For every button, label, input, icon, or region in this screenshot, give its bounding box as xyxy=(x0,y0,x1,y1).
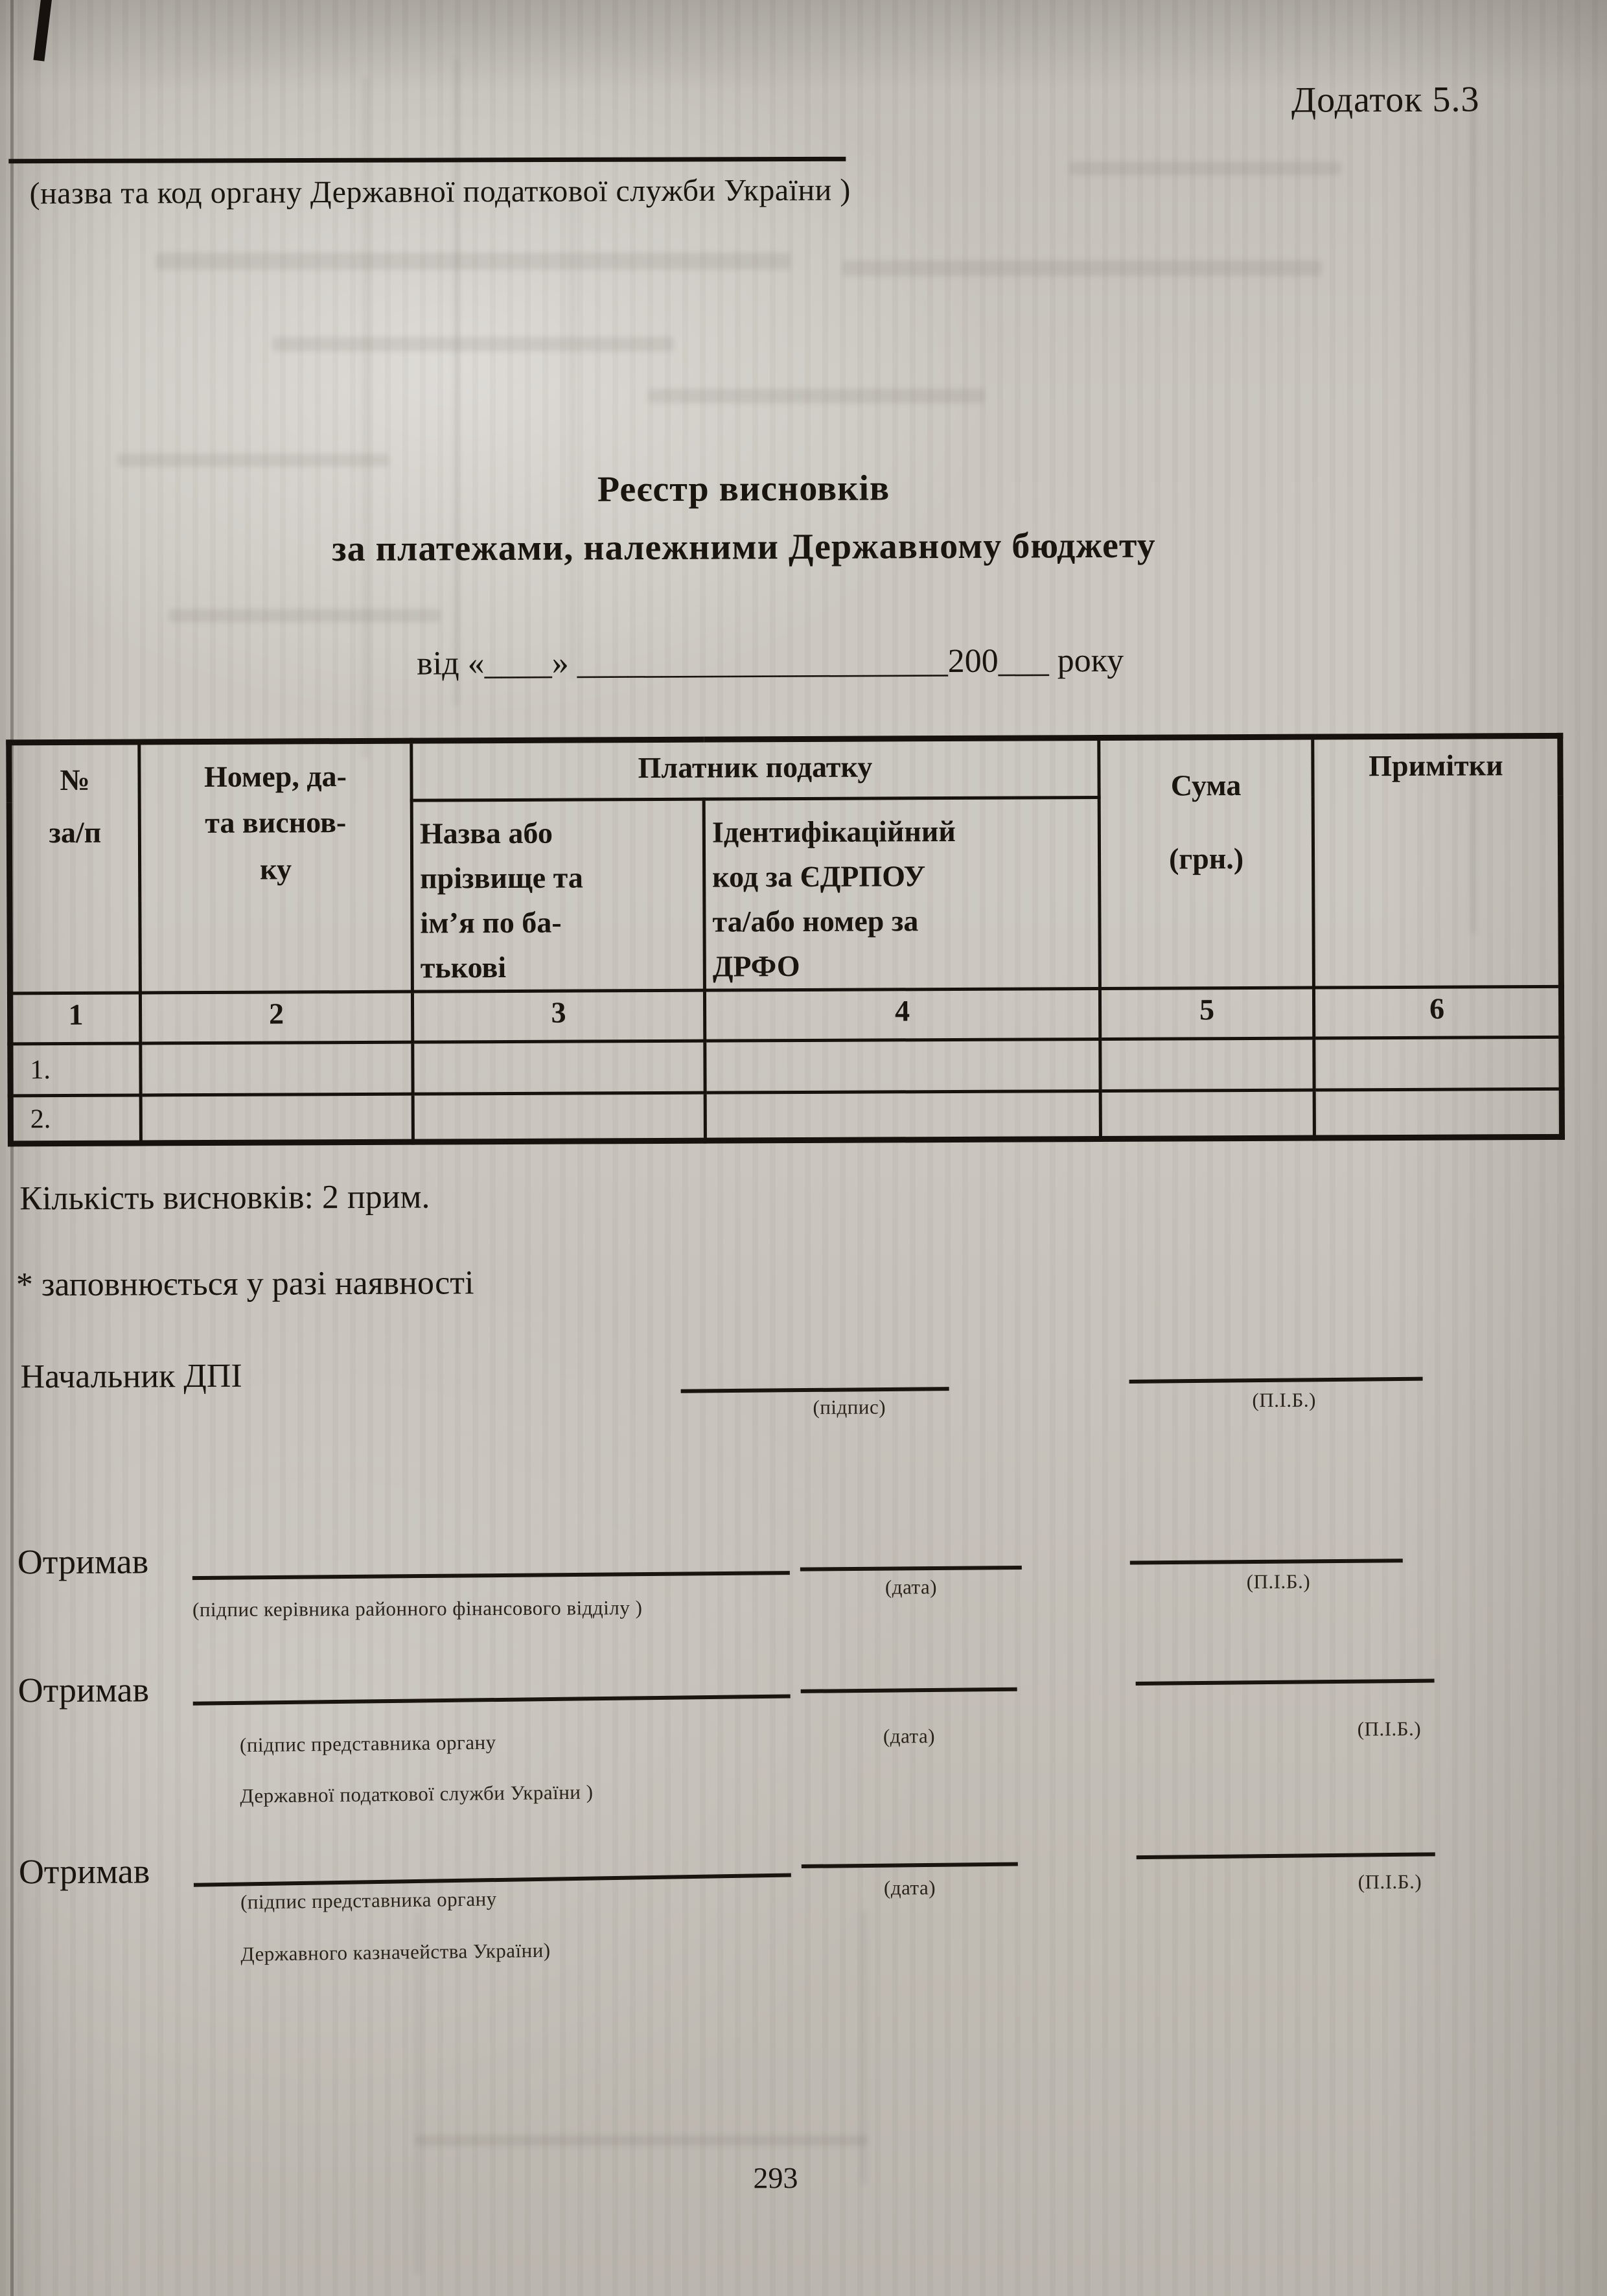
received-date-line-1 xyxy=(800,1566,1022,1571)
table-row: 1. xyxy=(10,1037,1562,1095)
empty-cell xyxy=(705,1091,1100,1141)
received-signature-caption-2a: (підпис представника органу xyxy=(240,1731,496,1757)
empty-cell xyxy=(1314,1089,1562,1138)
org-caption: (назва та код органу Державної податково… xyxy=(29,171,1040,211)
col-index-5: 5 xyxy=(1100,988,1313,1039)
received-date-caption-3: (дата) xyxy=(802,1876,1018,1900)
col-number-date-header: Номер, да- та виснов- ку xyxy=(139,741,413,993)
row-label: 2. xyxy=(10,1095,141,1144)
received-signature-line-3 xyxy=(194,1873,791,1886)
received-signature-caption-1: (підпис керівника районного фінансового … xyxy=(192,1596,642,1621)
document-title-line2: за платежами, належними Державному бюдже… xyxy=(0,523,1547,572)
empty-cell xyxy=(413,1041,705,1094)
col-index-6: 6 xyxy=(1313,986,1561,1038)
scanned-document-page: Додаток 5.3 (назва та код органу Державн… xyxy=(0,0,1607,2296)
org-name-blank-line xyxy=(8,157,846,163)
register-table: № за/п Номер, да- та виснов- ку Платник … xyxy=(6,733,1565,1146)
document-title-line1: Реєстр висновків xyxy=(0,465,1547,513)
col-notes-header: Примітки xyxy=(1313,736,1562,988)
received-signature-line-1 xyxy=(192,1571,790,1580)
received-date-caption-2: (дата) xyxy=(801,1724,1017,1748)
col-npp-header: № за/п xyxy=(9,742,141,993)
table-row: 2. xyxy=(10,1089,1562,1143)
document-title: Реєстр висновків за платежами, належними… xyxy=(0,465,1547,572)
chief-signature-line xyxy=(681,1387,949,1393)
received-signature-caption-2b: Державної податкової служби України ) xyxy=(240,1781,594,1808)
received-date-line-3 xyxy=(802,1862,1018,1868)
received-signature-caption-3a: (підпис представника органу xyxy=(240,1887,497,1914)
empty-cell xyxy=(705,1039,1100,1093)
empty-cell xyxy=(1100,1090,1314,1139)
chief-title: Начальник ДПІ xyxy=(20,1357,242,1396)
received-label-1: Отримав xyxy=(17,1541,149,1582)
col-index-1: 1 xyxy=(10,993,140,1044)
footnote: * заповнюється у разі наявності xyxy=(16,1264,474,1304)
page-number: 293 xyxy=(0,2157,1579,2199)
empty-cell xyxy=(141,1042,413,1095)
received-name-caption-2: (П.І.Б.) xyxy=(1324,1717,1454,1741)
col-index-2: 2 xyxy=(140,991,412,1043)
col-index-4: 4 xyxy=(704,989,1100,1041)
received-name-caption-3: (П.І.Б.) xyxy=(1325,1870,1455,1894)
col-sum-header: Сума (грн.) xyxy=(1099,737,1314,988)
empty-cell xyxy=(1314,1037,1562,1090)
received-label-2: Отримав xyxy=(18,1669,150,1710)
empty-cell xyxy=(1100,1038,1314,1091)
received-signature-caption-3b: Державного казначейства України) xyxy=(240,1939,551,1966)
row-label: 1. xyxy=(10,1043,141,1096)
empty-cell xyxy=(141,1094,413,1143)
col-index-3: 3 xyxy=(412,990,704,1042)
group-taxpayer-header: Платник податку xyxy=(411,738,1099,801)
column-index-row: 1 2 3 4 5 6 xyxy=(10,986,1561,1043)
document-date-line: від «____» ______________________200___ … xyxy=(0,640,1574,685)
received-date-line-2 xyxy=(801,1687,1017,1693)
received-date-caption-1: (дата) xyxy=(800,1575,1022,1599)
received-name-line-2 xyxy=(1136,1679,1435,1686)
received-signature-line-2 xyxy=(193,1694,791,1705)
col-name-header: Назва або прізвище та ім’я по ба- тькові xyxy=(411,799,704,991)
chief-name-line xyxy=(1129,1377,1423,1384)
conclusions-count: Кількість висновків: 2 прим. xyxy=(19,1178,430,1218)
appendix-label: Додаток 5.3 xyxy=(1291,78,1525,121)
received-name-line-1 xyxy=(1130,1559,1403,1564)
chief-name-caption: (П.І.Б.) xyxy=(1232,1388,1336,1412)
received-name-caption-1: (П.І.Б.) xyxy=(1220,1570,1337,1594)
chief-signature-caption: (підпис) xyxy=(794,1395,905,1419)
received-name-line-3 xyxy=(1137,1852,1435,1859)
received-label-3: Отримав xyxy=(19,1851,150,1892)
col-id-code-header: Ідентифікаційний код за ЄДРПОУ та/або но… xyxy=(704,798,1100,991)
empty-cell xyxy=(413,1093,705,1142)
